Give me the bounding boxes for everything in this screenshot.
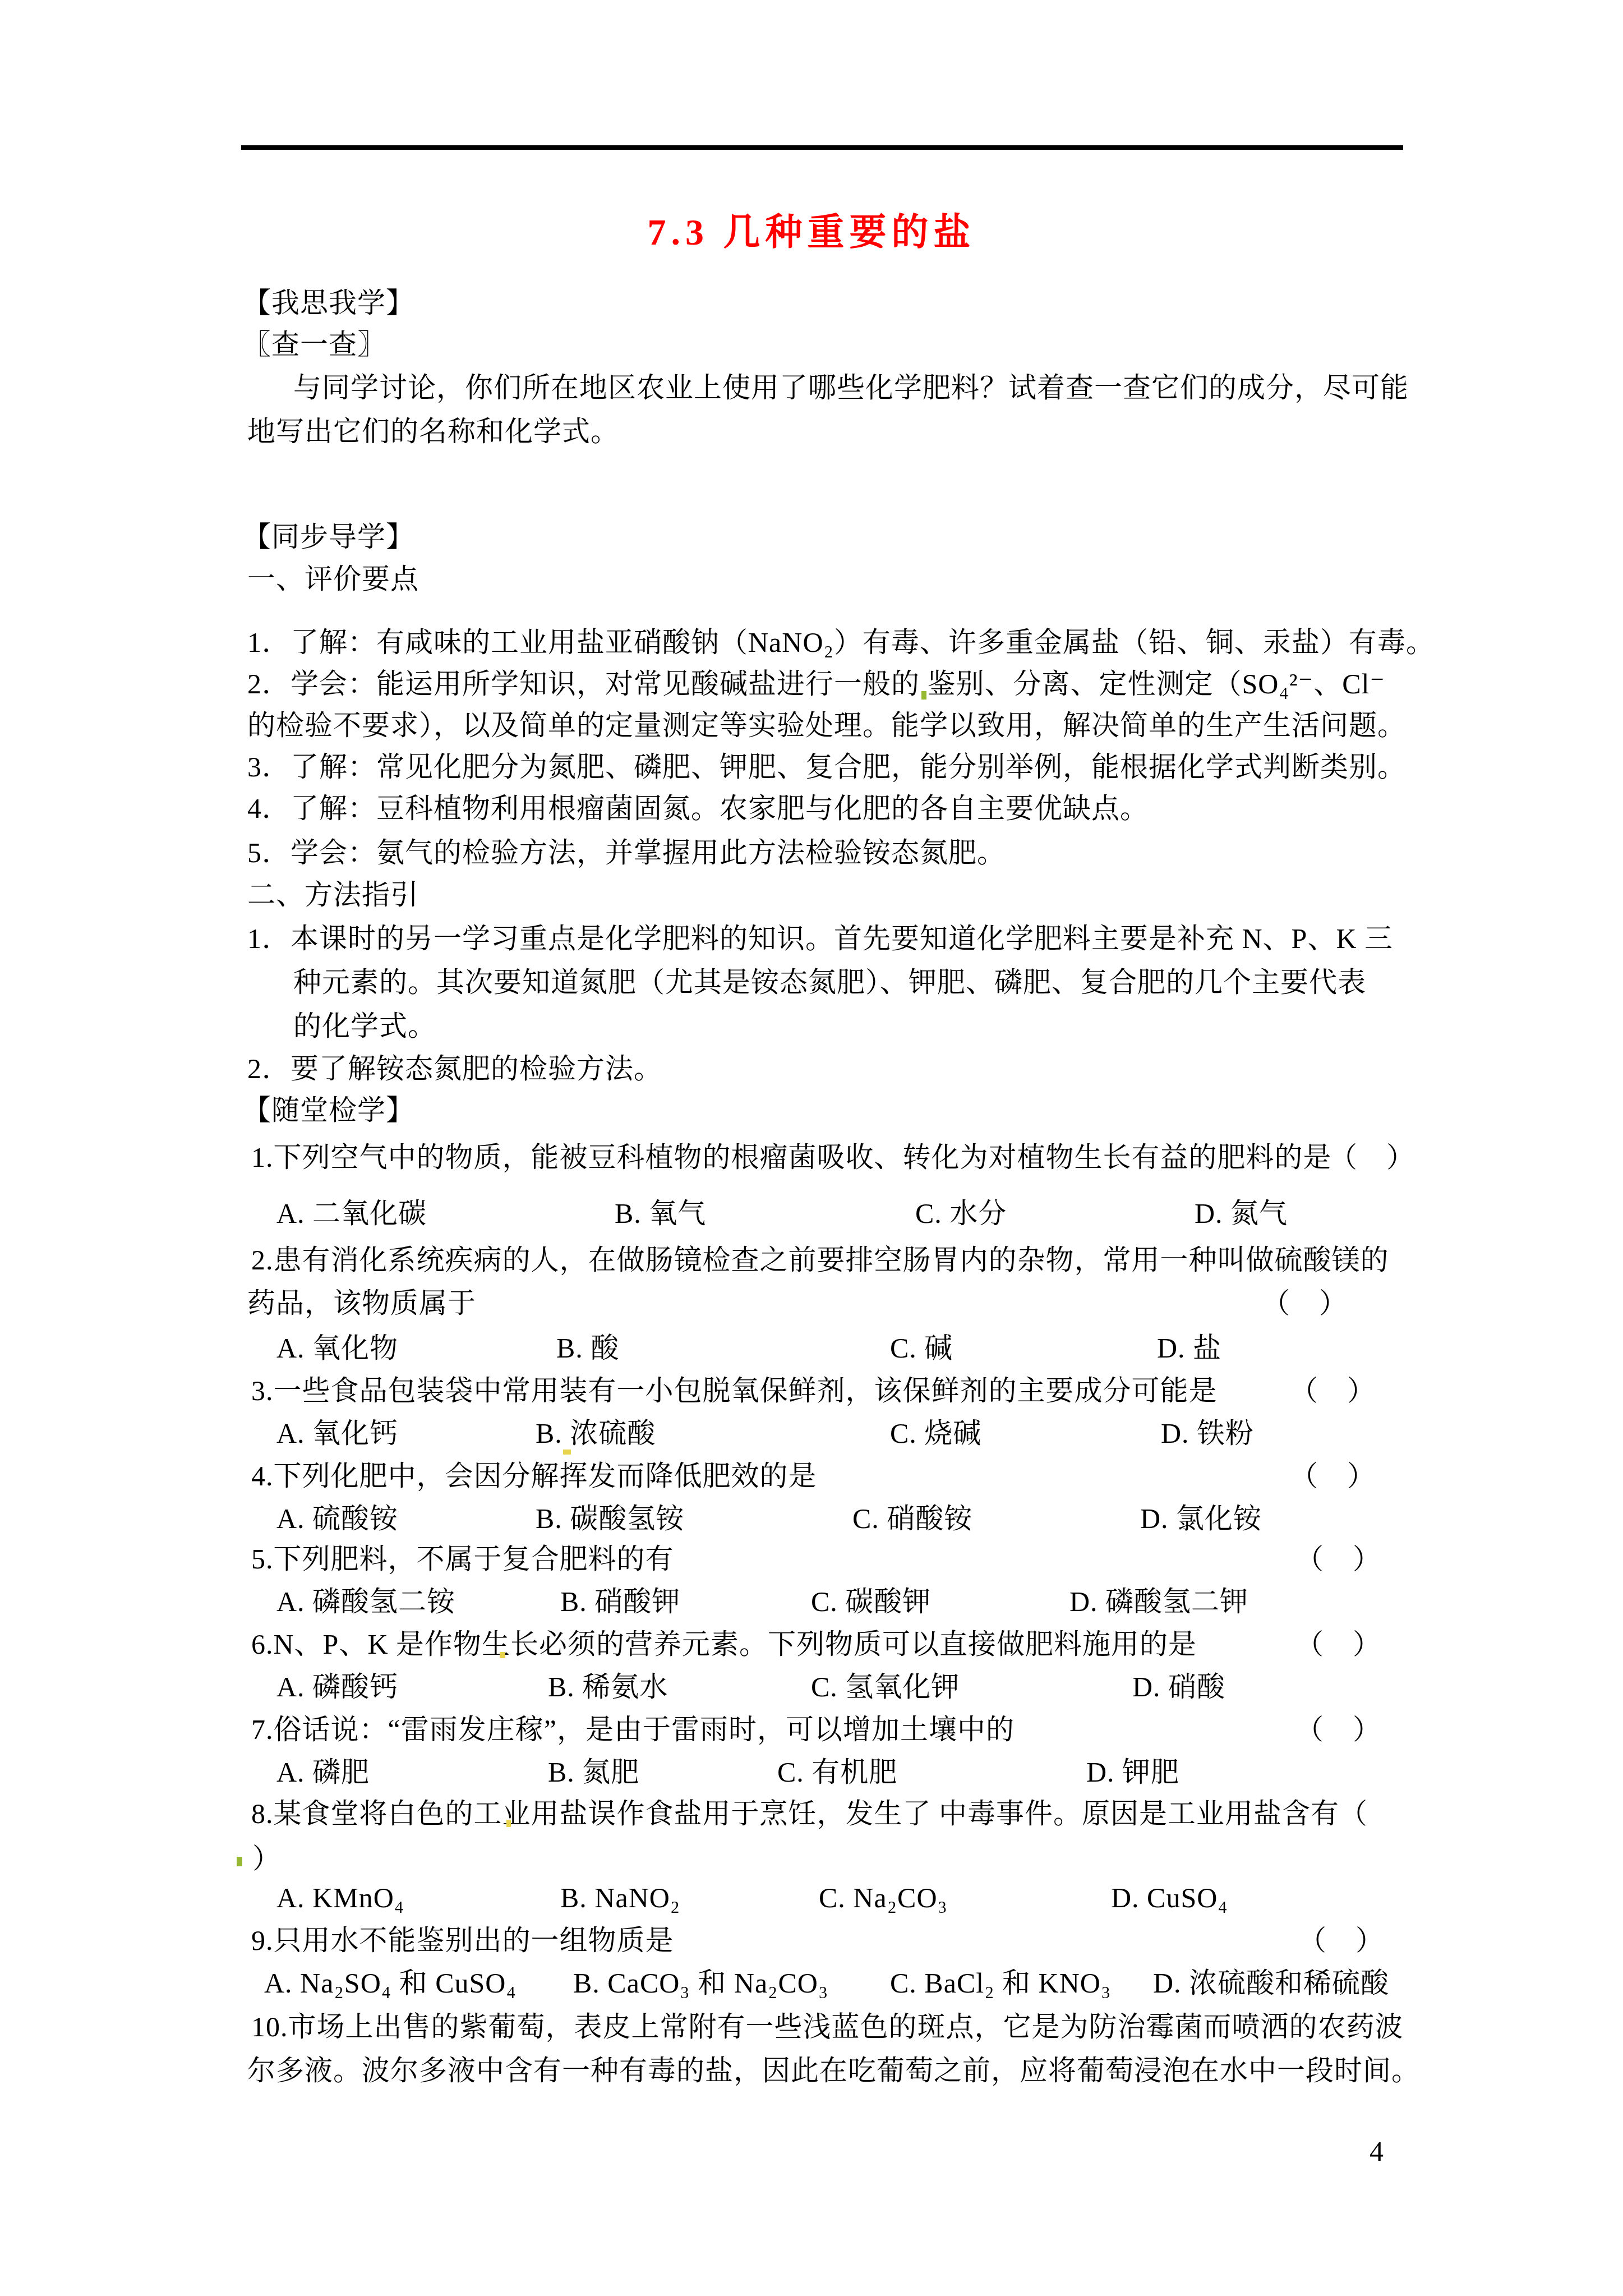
question-2: 2.患有消化系统疾病的人，在做肠镜检查之前要排空肠胃内的杂物，常用一种叫做硫酸镁… xyxy=(0,1244,1623,1280)
option-c: C. 硝酸铵 xyxy=(852,1502,972,1535)
option-a: A. KMnO₄ xyxy=(276,1881,404,1914)
question-1-options: A. 二氧化碳 B. 氧气 C. 水分 D. 氮气 xyxy=(0,1197,1623,1233)
option-b: B. 稀氨水 xyxy=(548,1671,668,1703)
option-c: C. 水分 xyxy=(915,1197,1007,1230)
option-a: A. 磷酸氢二铵 xyxy=(276,1585,455,1618)
method-line: 的化学式。 xyxy=(293,1010,436,1042)
question-8-options: A. KMnO₄ B. NaNO₂ C. Na₂CO₃ D. CuSO₄ xyxy=(0,1881,1623,1917)
question-4-options: A. 硫酸铵 B. 碳酸氢铵 C. 硝酸铵 D. 氯化铵 xyxy=(0,1502,1623,1538)
question-1: 1.下列空气中的物质，能被豆科植物的根瘤菌吸收、转化为对植物生长有益的肥料的是 … xyxy=(0,1141,1623,1177)
highlight-artifact xyxy=(506,1820,511,1827)
option-b: B. CaCO₃ 和 Na₂CO₃ xyxy=(573,1967,828,1999)
method-line: 1．本课时的另一学习重点是化学肥料的知识。首先要知道化学肥料主要是补充 N、P、… xyxy=(247,922,1393,955)
option-c: C. BaCl₂ 和 KNO₃ xyxy=(890,1967,1111,1999)
question-stem: 6.N、P、K 是作物生长必须的营养元素。下列物质可以直接做肥料施用的是 xyxy=(251,1628,1197,1660)
worksheet-page: 7.3 几种重要的盐 【我思我学】 〖查一查〗 与同学讨论，你们所在地区农业上使… xyxy=(0,0,1623,2296)
option-a: A. 氧化物 xyxy=(276,1332,398,1364)
question-stem: 尔多液。波尔多液中含有一种有毒的盐，因此在吃葡萄之前，应将葡萄浸泡在水中一段时间… xyxy=(247,2054,1420,2087)
question-8: 8.某食堂将白色的工业用盐误作食盐用于烹饪，发生了 中毒事件。原因是工业用盐含有… xyxy=(0,1797,1623,1833)
option-b: B. 酸 xyxy=(556,1332,619,1364)
question-stem: 5.下列肥料，不属于复合肥料的有 xyxy=(251,1543,674,1575)
page-title: 7.3 几种重要的盐 xyxy=(0,212,1623,254)
option-d: D. 浓硫酸和稀硫酸 xyxy=(1153,1967,1389,1999)
think-paragraph-line: 与同学讨论，你们所在地区农业上使用了哪些化学肥料？试着查一查它们的成分，尽可能 xyxy=(293,371,1409,404)
option-c: C. 碳酸钾 xyxy=(811,1585,931,1618)
think-paragraph-line: 地写出它们的名称和化学式。 xyxy=(247,415,619,448)
highlight-artifact xyxy=(500,1652,505,1658)
page-number: 4 xyxy=(1370,2135,1384,2168)
question-7-options: A. 磷肥 B. 氮肥 C. 有机肥 D. 钾肥 xyxy=(0,1756,1623,1792)
question-3-options: A. 氧化钙 B. 浓硫酸 C. 烧碱 D. 铁粉 xyxy=(0,1417,1623,1453)
option-b: B. 氮肥 xyxy=(548,1756,639,1788)
question-10: 10.市场上出售的紫葡萄，表皮上常附有一些浅蓝色的斑点，它是为防治霉菌而喷洒的农… xyxy=(0,2010,1623,2046)
option-d: D. CuSO₄ xyxy=(1111,1881,1228,1914)
eval-point-line: 的检验不要求），以及简单的定量测定等实验处理。能学以致用，解决简单的生产生活问题… xyxy=(247,709,1406,742)
question-stem: ） xyxy=(252,1842,281,1875)
header-rule xyxy=(241,145,1403,150)
guide-part1-title: 一、评价要点 xyxy=(247,563,419,595)
method-line: 2．要了解铵态氮肥的检验方法。 xyxy=(247,1052,662,1085)
eval-point-line: 4．了解：豆科植物利用根瘤菌固氮。农家肥与化肥的各自主要优缺点。 xyxy=(247,792,1149,825)
highlight-artifact xyxy=(563,1450,571,1455)
eval-point-line: 3．了解：常见化肥分为氮肥、磷肥、钾肥、复合肥，能分别举例，能根据化学式判断类别… xyxy=(247,751,1406,783)
option-b: B. 硝酸钾 xyxy=(560,1585,680,1618)
option-b: B. 氧气 xyxy=(615,1197,706,1230)
option-c: C. 氢氧化钾 xyxy=(811,1671,960,1703)
question-stem: 3.一些食品包装袋中常用装有一小包脱氧保鲜剂，该保鲜剂的主要成分可能是 xyxy=(251,1374,1218,1407)
question-5: 5.下列肥料，不属于复合肥料的有 （ ） xyxy=(0,1543,1623,1579)
option-a: A. 氧化钙 xyxy=(276,1417,398,1450)
option-a: A. 磷酸钙 xyxy=(276,1671,398,1703)
answer-blank: （ ） xyxy=(1295,1543,1381,1575)
question-8-continued: ） xyxy=(0,1842,1623,1878)
question-stem: 2.患有消化系统疾病的人，在做肠镜检查之前要排空肠胃内的杂物，常用一种叫做硫酸镁… xyxy=(251,1244,1389,1276)
guide-part2-title: 二、方法指引 xyxy=(247,878,419,911)
option-a: A. 二氧化碳 xyxy=(276,1197,427,1230)
eval-point-line: 5．学会：氨气的检验方法，并掌握用此方法检验铵态氮肥。 xyxy=(247,836,1006,869)
option-c: C. 碱 xyxy=(890,1332,953,1364)
question-stem: 10.市场上出售的紫葡萄，表皮上常附有一些浅蓝色的斑点，它是为防治霉菌而喷洒的农… xyxy=(251,2010,1404,2043)
section-subheading-lookup: 〖查一查〗 xyxy=(243,328,386,361)
question-9: 9.只用水不能鉴别出的一组物质是 （ ） xyxy=(0,1924,1623,1960)
option-d: D. 盐 xyxy=(1157,1332,1221,1364)
question-stem: 7.俗话说：“雷雨发庄稼”，是由于雷雨时，可以增加土壤中的 xyxy=(251,1713,1015,1746)
question-4: 4.下列化肥中，会因分解挥发而降低肥效的是 （ ） xyxy=(0,1460,1623,1496)
option-a: A. Na₂SO₄ 和 CuSO₄ xyxy=(264,1967,517,1999)
option-d: D. 铁粉 xyxy=(1161,1417,1254,1450)
section-heading-think: 【我思我学】 xyxy=(243,287,414,319)
option-d: D. 氯化铵 xyxy=(1140,1502,1262,1535)
question-5-options: A. 磷酸氢二铵 B. 硝酸钾 C. 碳酸钾 D. 磷酸氢二钾 xyxy=(0,1585,1623,1621)
option-d: D. 氮气 xyxy=(1195,1197,1288,1230)
option-c: C. 有机肥 xyxy=(777,1756,897,1788)
answer-blank: （ ） xyxy=(1290,1460,1376,1492)
question-2-continued: 药品，该物质属于 （ ） xyxy=(0,1287,1623,1323)
option-d: D. 硝酸 xyxy=(1132,1671,1225,1703)
answer-blank: （ ） xyxy=(1290,1374,1376,1407)
option-c: C. Na₂CO₃ xyxy=(819,1881,948,1914)
option-b: B. 浓硫酸 xyxy=(536,1417,656,1450)
option-d: D. 磷酸氢二钾 xyxy=(1069,1585,1248,1618)
option-b: B. NaNO₂ xyxy=(560,1881,680,1914)
option-a: A. 磷肥 xyxy=(276,1756,370,1788)
option-d: D. 钾肥 xyxy=(1086,1756,1179,1788)
question-6: 6.N、P、K 是作物生长必须的营养元素。下列物质可以直接做肥料施用的是 （ ） xyxy=(0,1628,1623,1664)
eval-point-line: 2．学会：能运用所学知识，对常见酸碱盐进行一般的 鉴别、分离、定性测定（SO₄²… xyxy=(247,668,1385,700)
question-7: 7.俗话说：“雷雨发庄稼”，是由于雷雨时，可以增加土壤中的 （ ） xyxy=(0,1713,1623,1749)
highlight-artifact xyxy=(921,691,926,700)
answer-blank: （ ） xyxy=(1295,1713,1381,1746)
question-6-options: A. 磷酸钙 B. 稀氨水 C. 氢氧化钾 D. 硝酸 xyxy=(0,1671,1623,1706)
question-3: 3.一些食品包装袋中常用装有一小包脱氧保鲜剂，该保鲜剂的主要成分可能是 （ ） xyxy=(0,1374,1623,1410)
question-stem: 1.下列空气中的物质，能被豆科植物的根瘤菌吸收、转化为对植物生长有益的肥料的是 xyxy=(251,1141,1332,1174)
highlight-artifact xyxy=(237,1857,242,1866)
question-stem: 8.某食堂将白色的工业用盐误作食盐用于烹饪，发生了 中毒事件。原因是工业用盐含有… xyxy=(251,1797,1368,1830)
eval-point-line: 1．了解：有咸味的工业用盐亚硝酸钠（NaNO₂）有毒、许多重金属盐（铅、铜、汞盐… xyxy=(247,626,1435,659)
question-10-continued: 尔多液。波尔多液中含有一种有毒的盐，因此在吃葡萄之前，应将葡萄浸泡在水中一段时间… xyxy=(0,2054,1623,2090)
question-stem: 9.只用水不能鉴别出的一组物质是 xyxy=(251,1924,674,1957)
option-b: B. 碳酸氢铵 xyxy=(536,1502,684,1535)
question-2-options: A. 氧化物 B. 酸 C. 碱 D. 盐 xyxy=(0,1332,1623,1368)
option-a: A. 硫酸铵 xyxy=(276,1502,398,1535)
question-9-options: A. Na₂SO₄ 和 CuSO₄ B. CaCO₃ 和 Na₂CO₃ C. B… xyxy=(0,1967,1623,2003)
method-line: 种元素的。其次要知道氮肥（尤其是铵态氮肥）、钾肥、磷肥、复合肥的几个主要代表 xyxy=(293,966,1366,999)
question-stem: 药品，该物质属于 xyxy=(247,1287,476,1319)
question-stem: 4.下列化肥中，会因分解挥发而降低肥效的是 xyxy=(251,1460,817,1492)
answer-blank: （ ） xyxy=(1262,1287,1348,1319)
answer-blank: （ ） xyxy=(1298,1924,1384,1957)
answer-blank: （ ） xyxy=(1295,1628,1381,1660)
option-c: C. 烧碱 xyxy=(890,1417,981,1450)
section-heading-guide: 【同步导学】 xyxy=(243,521,414,553)
answer-blank: （ ） xyxy=(1329,1141,1415,1174)
section-heading-quiz: 【随堂检学】 xyxy=(243,1094,414,1126)
